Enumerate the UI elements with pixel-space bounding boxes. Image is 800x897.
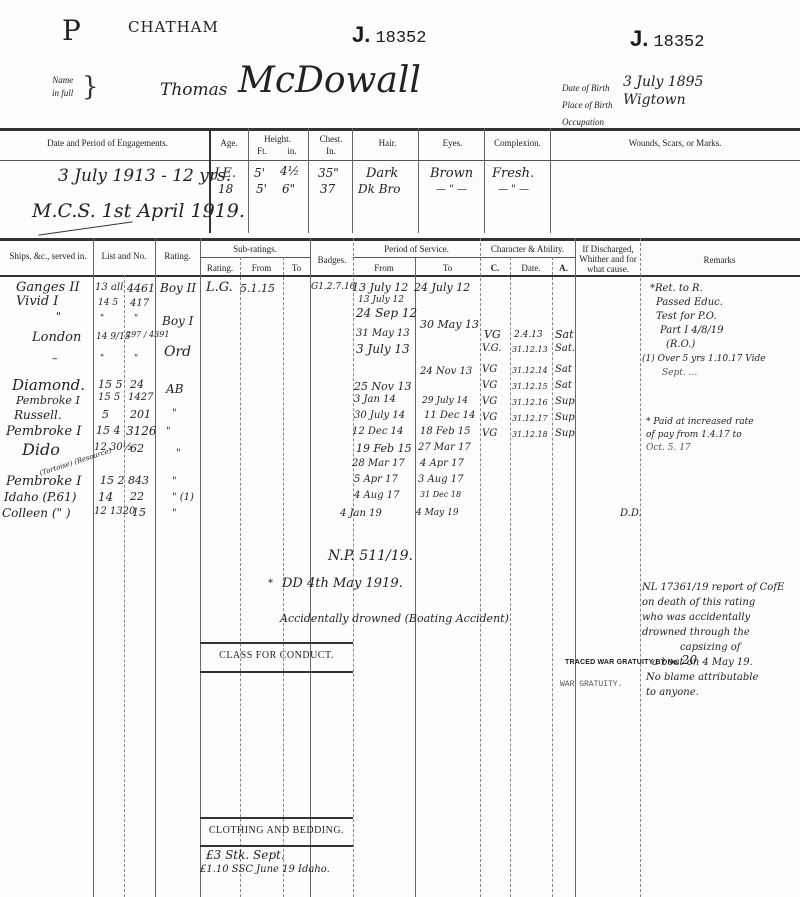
ship-2: Vivid I xyxy=(16,294,58,309)
char-c-7: VG xyxy=(482,428,497,439)
clothing-line-2: £1.10 SSC June 19 Idaho. xyxy=(200,864,330,875)
period-from-7: 25 Nov 13 xyxy=(354,380,411,393)
port-mark: P xyxy=(62,14,81,47)
hdr-period: Period of Service. xyxy=(353,244,480,254)
dob-label: Date of Birth xyxy=(562,80,613,97)
remark-line: (R.O.) xyxy=(650,338,766,352)
hdr-character: Character & Ability. xyxy=(480,244,575,254)
ship-12: Idaho (P.61) xyxy=(4,490,76,504)
list-3: " xyxy=(100,314,104,324)
rule xyxy=(248,128,249,233)
remark-line: of pay from 1.4.17 to xyxy=(646,429,754,442)
period-from-12: 28 Mar 17 xyxy=(352,458,405,469)
badges-value: G1.2.7.16 xyxy=(311,282,355,292)
official-number: J. 18352 xyxy=(352,22,426,48)
period-to-13: 3 Aug 17 xyxy=(418,474,464,485)
rating-8: " xyxy=(172,476,177,487)
remark-line: Passed Educ. xyxy=(650,296,766,310)
rule xyxy=(200,238,201,897)
char-c-4: VG xyxy=(482,380,497,391)
official-number-value: 18352 xyxy=(375,29,426,48)
remark-line: drowned through the xyxy=(642,625,784,640)
list-11: 15 2 xyxy=(100,474,125,487)
hdr-height-in: in. xyxy=(284,146,300,156)
period-from-10: 12 Dec 14 xyxy=(352,426,403,437)
rule-service-header xyxy=(0,275,800,277)
period-from-15: 4 Jan 19 xyxy=(340,508,382,519)
char-a-3: Sat xyxy=(555,364,572,375)
period-to-15: 4 May 19 xyxy=(416,508,459,518)
remark-line: (1) Over 5 yrs 1.10.17 Vide xyxy=(642,352,766,366)
char-date-5: 31.12.16 xyxy=(512,398,548,407)
hdr-sub-rating: Rating. xyxy=(200,263,240,273)
ship-10: Dido xyxy=(22,440,60,459)
list-13: 12 1320 xyxy=(94,506,135,517)
hdr-period-from: From xyxy=(353,263,415,273)
hdr-chest: Chest. xyxy=(313,134,349,144)
hdr-discharged: If Discharged, Whither and for what caus… xyxy=(577,244,639,274)
list-6: 15 5 xyxy=(98,378,123,391)
rating-3: Ord xyxy=(164,344,191,360)
remark-line: Sept. ... xyxy=(650,366,766,380)
hdr-height-ft: Ft. xyxy=(254,146,270,156)
chest-2: 37 xyxy=(320,182,335,196)
char-c-2: V.G. xyxy=(482,343,501,354)
rule xyxy=(310,238,311,897)
rating-9: " (1) xyxy=(172,492,194,503)
list-12: 14 xyxy=(98,490,113,504)
period-from-4: 31 May 13 xyxy=(356,328,410,339)
no-5: " xyxy=(134,354,138,364)
war-gratuity-stamp-text: TRACED WAR GRATUITY BY No. xyxy=(565,659,679,666)
char-a-1: Sat xyxy=(555,328,574,341)
hdr-chest-in: In. xyxy=(313,146,349,156)
remark-line: Test for P.O. xyxy=(650,310,766,324)
char-date-2: 31.12.13 xyxy=(512,345,548,354)
remark-line: *Ret. to R. xyxy=(650,282,766,296)
war-gratuity-no: 20 xyxy=(682,653,698,667)
clothing-title: CLOTHING AND BEDDING. xyxy=(200,825,353,836)
char-c-1: VG xyxy=(484,328,501,341)
period-from-5: 3 July 13 xyxy=(356,342,410,356)
char-date-3: 31.12.14 xyxy=(512,366,548,375)
period-to-1: 24 July 12 xyxy=(414,281,470,294)
port-division: CHATHAM xyxy=(128,18,219,36)
name-brace: } xyxy=(82,72,99,102)
hdr-char-date: Date. xyxy=(510,263,552,273)
war-gratuity-stamp: TRACED WAR GRATUITY BY No. 20 xyxy=(565,653,697,667)
period-to-14: 31 Dec 18 xyxy=(420,490,461,499)
rating-2: Boy I xyxy=(162,314,193,328)
remark-line: * Paid at increased rate xyxy=(646,416,754,429)
hdr-age: Age. xyxy=(214,138,244,148)
complexion-1: Fresh. xyxy=(492,166,534,181)
height-ft-2: 5' xyxy=(256,182,267,196)
char-c-3: VG xyxy=(482,364,497,375)
hdr-badges: Badges. xyxy=(311,255,353,265)
char-date-4: 31.12.15 xyxy=(512,382,548,391)
name-label: Name in full xyxy=(52,74,73,100)
char-a-2: Sat. xyxy=(555,343,575,354)
sub-rating: L.G. xyxy=(206,280,233,295)
period-to-11: 27 Mar 17 xyxy=(418,442,471,453)
hdr-remarks: Remarks xyxy=(642,255,797,265)
conduct-title: CLASS FOR CONDUCT. xyxy=(200,650,353,661)
list-9: 15 4 xyxy=(96,424,121,437)
hdr-engagements: Date and Period of Engagements. xyxy=(10,138,205,148)
remarks-mid: * Paid at increased rate of pay from 1.4… xyxy=(646,416,754,455)
dob-value: 3 July 1895 xyxy=(623,74,703,90)
rule xyxy=(240,257,241,897)
no-4: 297 / 4391 xyxy=(126,330,169,339)
hdr-eyes: Eyes. xyxy=(420,138,485,148)
rating-6: " xyxy=(166,426,171,437)
rule-subratings xyxy=(200,257,310,258)
birth-labels: Date of Birth Place of Birth Occupation xyxy=(562,80,613,131)
no-3: " xyxy=(134,314,138,324)
no-6: 24 xyxy=(130,378,144,391)
period-from-14: 4 Aug 17 xyxy=(354,490,400,501)
hdr-wounds: Wounds, Scars, or Marks. xyxy=(555,138,795,148)
hdr-char-a: A. xyxy=(552,263,575,273)
period-from-8: 3 Jan 14 xyxy=(354,394,396,405)
official-number-right: J. 18352 xyxy=(630,26,704,52)
rule-service-top xyxy=(0,238,800,241)
chest-1: 35" xyxy=(318,166,339,180)
hdr-complexion: Complexion. xyxy=(485,138,550,148)
period-to-12: 4 Apr 17 xyxy=(420,458,464,469)
rule xyxy=(550,128,551,233)
no-10: 62 xyxy=(130,442,144,455)
height-in-1: 4½ xyxy=(280,164,299,178)
period-from-9: 30 July 14 xyxy=(354,410,405,421)
no-9: 3126 xyxy=(126,424,157,438)
official-number-right-value: 18352 xyxy=(653,33,704,52)
period-to-9: 11 Dec 14 xyxy=(424,410,475,421)
age-1: J.E. xyxy=(214,166,236,181)
ship-7: Pembroke I xyxy=(16,394,80,407)
height-ft-1: 5' xyxy=(254,166,265,180)
hdr-height: Height. xyxy=(250,134,305,144)
rule xyxy=(124,275,125,897)
remarks-top: *Ret. to R. Passed Educ. Test for P.O. P… xyxy=(650,282,766,380)
rule xyxy=(415,257,416,897)
remark-line: No blame attributable xyxy=(642,670,784,685)
rule xyxy=(308,128,309,233)
rating-4: AB xyxy=(166,382,183,396)
eyes-2: — " — xyxy=(436,184,467,195)
char-a-5: Sup xyxy=(555,396,575,407)
char-date-1: 2.4.13 xyxy=(514,330,543,340)
no-8: 201 xyxy=(130,408,151,421)
rule-clothing-top xyxy=(200,817,353,819)
name-label-line-1: Name xyxy=(52,74,73,87)
hdr-rating: Rating. xyxy=(156,251,199,261)
rule xyxy=(353,238,354,897)
list-8: 5 xyxy=(102,408,109,421)
hdr-hair: Hair. xyxy=(355,138,420,148)
period-to-6: 24 Nov 13 xyxy=(420,366,472,377)
period-to-8: 29 July 14 xyxy=(422,396,468,406)
period-from-3: 24 Sep 12 xyxy=(356,306,417,320)
rating-1: Boy II xyxy=(160,281,196,295)
list-10: 12 30½ xyxy=(94,442,132,453)
char-a-6: Sup xyxy=(555,412,575,423)
ship-4: London xyxy=(32,330,81,345)
age-2: 18 xyxy=(218,182,233,196)
ship-3: " xyxy=(56,310,61,323)
discharge-note-1: N.P. 511/19. xyxy=(328,548,413,564)
rating-10: " xyxy=(172,508,177,519)
engagement-2: M.C.S. 1st April 1919. xyxy=(32,200,245,222)
char-c-6: VG xyxy=(482,412,497,423)
char-c-5: VG xyxy=(482,396,497,407)
rule xyxy=(418,128,419,233)
period-from-1: 13 July 12 xyxy=(352,281,408,294)
rule xyxy=(352,128,353,233)
rule-desc-header xyxy=(0,160,800,161)
hdr-sub-to: To xyxy=(283,263,310,273)
list-1: 13 all xyxy=(95,282,123,293)
no-13: 15 xyxy=(132,506,146,519)
discharge-star: * xyxy=(268,578,273,589)
eyes-1: Brown xyxy=(430,166,473,181)
hdr-period-to: To xyxy=(415,263,480,273)
no-12: 22 xyxy=(130,490,144,503)
pob-value: Wigtown xyxy=(623,92,686,108)
rule xyxy=(484,128,485,233)
name-label-line-2: in full xyxy=(52,87,73,100)
sub-rating-from: 5.1.15 xyxy=(240,282,275,295)
official-number-prefix: J. xyxy=(352,22,370,47)
rating-5: " xyxy=(172,408,177,419)
remark-line: Oct. 5. 17 xyxy=(646,442,754,455)
war-gratuity-stamp-2: WAR GRATUITY. xyxy=(560,680,622,689)
rule xyxy=(640,238,641,897)
first-name: Thomas xyxy=(160,80,228,100)
height-in-2: 6" xyxy=(282,182,295,196)
period-to-10: 18 Feb 15 xyxy=(420,426,471,437)
no-1: 4461 xyxy=(127,282,155,295)
discharge-note-3: Accidentally drowned (Boating Accident) xyxy=(280,612,509,625)
period-from-11: 19 Feb 15 xyxy=(356,442,412,455)
char-a-4: Sat xyxy=(555,380,572,391)
remark-line: Part I 4/8/19 xyxy=(650,324,766,338)
remark-line: on death of this rating xyxy=(642,595,784,610)
list-7: 15 5 xyxy=(98,392,120,403)
surname: McDowall xyxy=(238,60,421,101)
hdr-subratings: Sub-ratings. xyxy=(200,244,310,254)
ship-13: Colleen (" ) xyxy=(2,506,71,520)
period-to-3: 30 May 13 xyxy=(420,318,479,331)
rule xyxy=(510,257,511,897)
remarks-bottom: NL 17361/19 report of CofE on death of t… xyxy=(642,580,784,700)
no-11: 843 xyxy=(128,474,149,487)
rule-conduct-bottom xyxy=(200,671,353,673)
no-2: 417 xyxy=(130,298,149,309)
list-2: 14 5 xyxy=(98,298,118,308)
hdr-char-c: C. xyxy=(480,263,510,273)
ship-8: Russell. xyxy=(14,408,62,422)
hdr-sub-from: From xyxy=(240,263,283,273)
rule xyxy=(575,238,576,897)
no-7: 1427 xyxy=(128,392,153,403)
discharged-value: D.D. xyxy=(620,508,642,519)
rule xyxy=(480,238,481,897)
engagement-1: 3 July 1913 - 12 yrs. xyxy=(58,166,231,186)
ship-1: Ganges II xyxy=(16,280,80,295)
remark-line: NL 17361/19 report of CofE xyxy=(642,580,784,595)
rule-conduct-top xyxy=(200,642,353,644)
discharge-note-2: DD 4th May 1919. xyxy=(282,576,403,591)
char-a-7: Sup xyxy=(555,428,575,439)
rule-clothing-bottom xyxy=(200,845,353,847)
char-date-7: 31.12.18 xyxy=(512,430,548,439)
ship-11: Pembroke I xyxy=(6,474,81,489)
hdr-list-no: List and No. xyxy=(94,251,154,261)
complexion-2: — " — xyxy=(498,184,529,195)
hdr-ships: Ships, &c., served in. xyxy=(4,251,92,261)
official-number-right-prefix: J. xyxy=(630,26,648,51)
rule-period-character xyxy=(353,257,575,258)
ship-9: Pembroke I xyxy=(6,424,81,439)
rule xyxy=(552,257,553,897)
remark-line: to anyone. xyxy=(642,685,784,700)
char-date-6: 31.12.17 xyxy=(512,414,548,423)
clothing-line-1: £3 Stk. Sept. xyxy=(206,848,285,862)
ship-6: Diamond. xyxy=(12,376,85,394)
remark-line: who was accidentally xyxy=(642,610,784,625)
hair-1: Dark xyxy=(366,166,398,181)
rule xyxy=(93,238,94,897)
list-5: " xyxy=(100,354,104,364)
engagement-underline xyxy=(38,221,132,235)
ship-5: – xyxy=(52,352,58,365)
rating-7: " xyxy=(176,448,181,459)
period-from-2: 13 July 12 xyxy=(358,295,404,305)
period-from-13: 5 Apr 17 xyxy=(354,474,398,485)
pob-label: Place of Birth xyxy=(562,97,613,114)
rule-top xyxy=(0,128,800,131)
hair-2: Dk Bro xyxy=(358,182,401,196)
